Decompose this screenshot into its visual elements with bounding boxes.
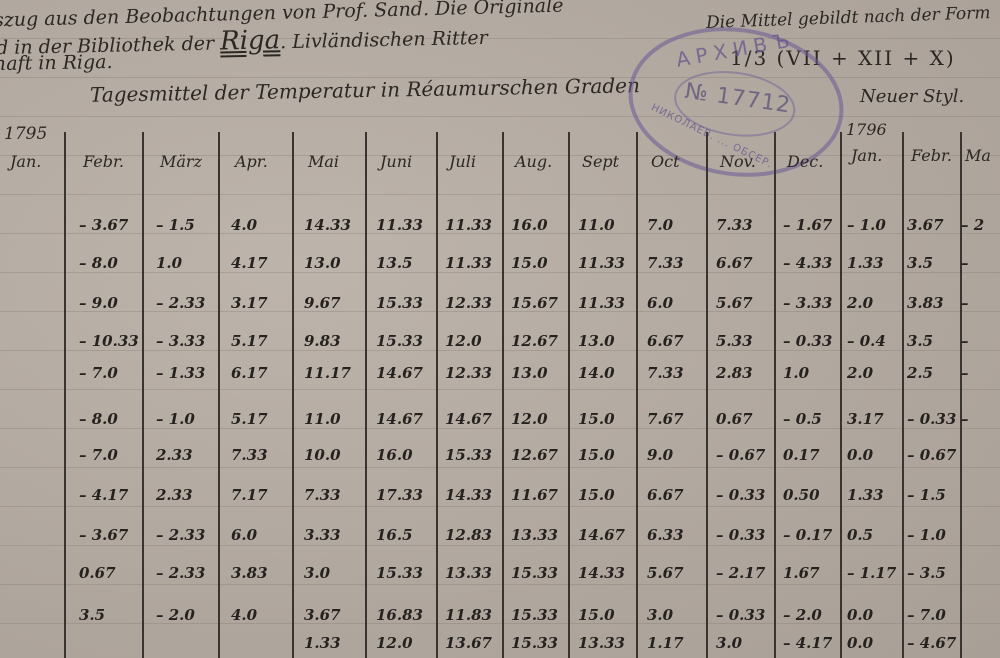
table-cell: – 1.0 xyxy=(907,526,946,544)
table-cell: 12.0 xyxy=(376,634,413,652)
table-cell: – 7.0 xyxy=(79,446,118,464)
table-cell: – 10.33 xyxy=(79,332,139,350)
table-cell: – 2 xyxy=(961,216,984,234)
table-cell: 3.5 xyxy=(907,254,933,272)
table-cell: 15.33 xyxy=(511,634,558,652)
table-cell: 4.17 xyxy=(231,254,268,272)
column-divider xyxy=(774,132,776,658)
table-cell: 7.33 xyxy=(716,216,753,234)
table-cell: 13.0 xyxy=(511,364,548,382)
table-cell: 7.17 xyxy=(231,486,268,504)
table-cell: 9.0 xyxy=(647,446,673,464)
table-cell: 15.0 xyxy=(578,606,615,624)
column-divider xyxy=(568,132,570,658)
table-cell: 12.67 xyxy=(511,332,558,350)
table-cell: 2.0 xyxy=(847,364,873,382)
table-cell: – 0.33 xyxy=(716,486,765,504)
column-divider xyxy=(64,132,66,658)
table-cell: 11.33 xyxy=(445,216,492,234)
table-cell: 7.33 xyxy=(647,254,684,272)
table-cell: 6.0 xyxy=(647,294,673,312)
table-cell: 6.67 xyxy=(647,332,684,350)
table-cell: 3.33 xyxy=(304,526,341,544)
table-cell: 14.33 xyxy=(578,564,625,582)
table-cell: – xyxy=(961,364,969,382)
table-cell: – 0.4 xyxy=(847,332,886,350)
table-cell: 13.33 xyxy=(511,526,558,544)
table-cell: 0.0 xyxy=(847,446,873,464)
table-cell: 15.0 xyxy=(578,486,615,504)
table-cell: 15.33 xyxy=(445,446,492,464)
table-cell: – 3.33 xyxy=(783,294,832,312)
table-cell: 3.0 xyxy=(716,634,742,652)
table-cell: 0.67 xyxy=(716,410,753,428)
table-cell: 0.0 xyxy=(847,606,873,624)
table-cell: – 2.33 xyxy=(156,564,205,582)
table-cell: 0.0 xyxy=(847,634,873,652)
table-cell: – 0.67 xyxy=(716,446,765,464)
month-header: März xyxy=(160,152,202,171)
table-cell: 3.5 xyxy=(79,606,105,624)
table-cell: 3.67 xyxy=(304,606,341,624)
table-cell: 1.67 xyxy=(783,564,820,582)
table-cell: – 1.0 xyxy=(847,216,886,234)
table-cell: – 1.67 xyxy=(783,216,832,234)
table-cell: 6.67 xyxy=(716,254,753,272)
table-cell: 11.17 xyxy=(304,364,351,382)
table-cell: 1.33 xyxy=(847,254,884,272)
table-cell: – 7.0 xyxy=(907,606,946,624)
table-cell: – 2.33 xyxy=(156,294,205,312)
table-cell: – 1.5 xyxy=(907,486,946,504)
month-header: Mai xyxy=(308,152,339,171)
table-cell: 13.33 xyxy=(578,634,625,652)
table-cell: 0.17 xyxy=(783,446,820,464)
table-cell: 15.67 xyxy=(511,294,558,312)
table-cell: – 2.0 xyxy=(156,606,195,624)
table-cell: 6.67 xyxy=(647,486,684,504)
table-cell: 14.67 xyxy=(376,410,423,428)
table-cell: 15.33 xyxy=(376,564,423,582)
table-cell: – 0.5 xyxy=(783,410,822,428)
table-cell: 14.33 xyxy=(445,486,492,504)
table-cell: 3.67 xyxy=(907,216,944,234)
table-cell: 5.17 xyxy=(231,410,268,428)
table-cell: 15.33 xyxy=(511,606,558,624)
table-cell: 11.67 xyxy=(511,486,558,504)
table-cell: 3.0 xyxy=(647,606,673,624)
table-cell: 10.0 xyxy=(304,446,341,464)
table-cell: – 3.67 xyxy=(79,526,128,544)
month-header: Aug. xyxy=(515,152,552,171)
header-line-2-cont: . Livländischen Ritter xyxy=(280,27,488,53)
table-cell: – 3.5 xyxy=(907,564,946,582)
table-cell: – 9.0 xyxy=(79,294,118,312)
month-header: Jan. xyxy=(10,152,41,171)
table-cell: 1.0 xyxy=(156,254,182,272)
table-cell: 1.33 xyxy=(847,486,884,504)
month-header: Juni xyxy=(380,152,412,171)
month-header: Jan. xyxy=(851,146,882,165)
table-cell: 9.83 xyxy=(304,332,341,350)
table-cell: 13.0 xyxy=(304,254,341,272)
table-cell: 11.33 xyxy=(578,294,625,312)
column-divider xyxy=(436,132,438,658)
table-cell: – 3.67 xyxy=(79,216,128,234)
month-header: Ma xyxy=(965,146,991,165)
month-header: Nov. xyxy=(720,152,756,171)
column-divider xyxy=(706,132,708,658)
table-cell: 11.83 xyxy=(445,606,492,624)
table-cell: 15.33 xyxy=(376,332,423,350)
table-cell: – xyxy=(961,410,969,428)
table-cell: 5.33 xyxy=(716,332,753,350)
table-cell: 13.33 xyxy=(445,564,492,582)
table-cell: 12.33 xyxy=(445,364,492,382)
table-cell: – 4.67 xyxy=(907,634,956,652)
table-cell: – 1.5 xyxy=(156,216,195,234)
table-cell: 17.33 xyxy=(376,486,423,504)
table-cell: 6.33 xyxy=(647,526,684,544)
table-cell: – 0.33 xyxy=(783,332,832,350)
column-divider xyxy=(840,132,842,658)
table-cell: – 3.33 xyxy=(156,332,205,350)
table-cell: 7.67 xyxy=(647,410,684,428)
table-cell: 4.0 xyxy=(231,216,257,234)
table-cell: 16.0 xyxy=(511,216,548,234)
table-cell: 3.83 xyxy=(231,564,268,582)
table-cell: 3.83 xyxy=(907,294,944,312)
table-cell: – xyxy=(961,332,969,350)
table-cell: 6.0 xyxy=(231,526,257,544)
table-cell: – 0.17 xyxy=(783,526,832,544)
column-divider xyxy=(502,132,504,658)
table-cell: 14.67 xyxy=(445,410,492,428)
table-cell: 2.0 xyxy=(847,294,873,312)
subtitle: Tagesmittel der Temperatur in Réaumursch… xyxy=(90,73,640,107)
table-cell: 0.5 xyxy=(847,526,873,544)
table-cell: 13.5 xyxy=(376,254,413,272)
table-cell: – 8.0 xyxy=(79,410,118,428)
table-cell: 13.67 xyxy=(445,634,492,652)
table-cell: 1.0 xyxy=(783,364,809,382)
year-1795: 1795 xyxy=(4,124,47,144)
table-cell: 11.0 xyxy=(304,410,341,428)
table-cell: 5.17 xyxy=(231,332,268,350)
table-cell: 2.33 xyxy=(156,446,193,464)
column-divider xyxy=(218,132,220,658)
table-cell: 3.0 xyxy=(304,564,330,582)
table-cell: 15.33 xyxy=(376,294,423,312)
table-cell: 2.83 xyxy=(716,364,753,382)
table-cell: – 0.67 xyxy=(907,446,956,464)
month-header: Febr. xyxy=(911,146,952,165)
table-cell: 16.5 xyxy=(376,526,413,544)
table-cell: 3.17 xyxy=(231,294,268,312)
table-cell: – 1.17 xyxy=(847,564,896,582)
table-cell: – 2.17 xyxy=(716,564,765,582)
table-cell: – 2.0 xyxy=(783,606,822,624)
table-cell: 15.0 xyxy=(511,254,548,272)
table-cell: 5.67 xyxy=(716,294,753,312)
table-cell: 7.33 xyxy=(647,364,684,382)
table-cell: 12.67 xyxy=(511,446,558,464)
table-cell: – 4.17 xyxy=(783,634,832,652)
column-divider xyxy=(292,132,294,658)
table-cell: 12.83 xyxy=(445,526,492,544)
table-cell: 11.33 xyxy=(376,216,423,234)
table-cell: – 1.33 xyxy=(156,364,205,382)
table-cell: – 4.33 xyxy=(783,254,832,272)
table-cell: 12.0 xyxy=(511,410,548,428)
month-header: Juli xyxy=(449,152,476,171)
column-divider xyxy=(636,132,638,658)
table-cell: 14.0 xyxy=(578,364,615,382)
table-cell: 9.67 xyxy=(304,294,341,312)
year-1796: 1796 xyxy=(846,120,887,139)
table-cell: 1.33 xyxy=(304,634,341,652)
table-cell: 14.67 xyxy=(578,526,625,544)
column-divider xyxy=(142,132,144,658)
header-line-3: haft in Riga. xyxy=(0,51,113,75)
table-cell: 7.0 xyxy=(647,216,673,234)
table-cell: 4.0 xyxy=(231,606,257,624)
table-cell: 13.0 xyxy=(578,332,615,350)
table-cell: – 0.33 xyxy=(907,410,956,428)
column-divider xyxy=(902,132,904,658)
month-header: Dec. xyxy=(787,152,823,171)
table-cell: 12.0 xyxy=(445,332,482,350)
table-cell: 7.33 xyxy=(231,446,268,464)
table-cell: – 0.33 xyxy=(716,606,765,624)
month-header: Oct xyxy=(651,152,680,171)
table-cell: 0.67 xyxy=(79,564,116,582)
table-cell: 11.0 xyxy=(578,216,615,234)
table-cell: – 1.0 xyxy=(156,410,195,428)
stamp-top-text: АРХИВЪ xyxy=(674,27,797,72)
table-cell: – xyxy=(961,254,969,272)
riga-underlined: Riga xyxy=(220,25,281,56)
table-cell: 12.33 xyxy=(445,294,492,312)
table-cell: 15.0 xyxy=(578,410,615,428)
month-header: Febr. xyxy=(83,152,124,171)
table-cell: – 0.33 xyxy=(716,526,765,544)
table-cell: 3.17 xyxy=(847,410,884,428)
table-cell: 2.5 xyxy=(907,364,933,382)
style-note: Neuer Styl. xyxy=(860,86,964,107)
table-cell: – 7.0 xyxy=(79,364,118,382)
table-cell: – 2.33 xyxy=(156,526,205,544)
table-cell: 16.0 xyxy=(376,446,413,464)
table-cell: 0.50 xyxy=(783,486,820,504)
table-cell: 5.67 xyxy=(647,564,684,582)
table-cell: 7.33 xyxy=(304,486,341,504)
table-cell: 11.33 xyxy=(445,254,492,272)
table-cell: 15.0 xyxy=(578,446,615,464)
month-header: Sept xyxy=(582,152,619,171)
table-cell: 14.33 xyxy=(304,216,351,234)
table-cell: 16.83 xyxy=(376,606,423,624)
table-cell: 2.33 xyxy=(156,486,193,504)
table-cell: – 8.0 xyxy=(79,254,118,272)
table-cell: 15.33 xyxy=(511,564,558,582)
column-divider xyxy=(365,132,367,658)
table-cell: 11.33 xyxy=(578,254,625,272)
table-cell: 14.67 xyxy=(376,364,423,382)
table-cell: 1.17 xyxy=(647,634,684,652)
table-cell: – xyxy=(961,294,969,312)
column-divider xyxy=(960,132,962,658)
table-cell: – 4.17 xyxy=(79,486,128,504)
month-header: Apr. xyxy=(235,152,268,171)
table-cell: 3.5 xyxy=(907,332,933,350)
table-cell: 6.17 xyxy=(231,364,268,382)
